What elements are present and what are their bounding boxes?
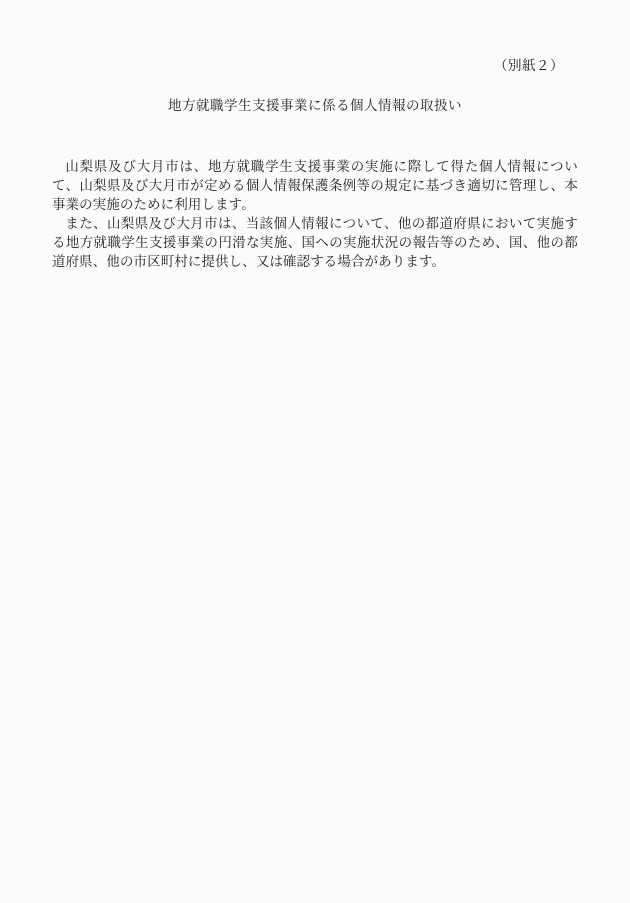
- paragraph-2: また、山梨県及び大月市は、当該個人情報について、他の都道府県において実施する地方…: [52, 214, 578, 271]
- attachment-label: （別紙２）: [52, 58, 578, 74]
- document-title: 地方就職学生支援事業に係る個人情報の取扱い: [52, 98, 578, 114]
- document-body: 山梨県及び大月市は、地方就職学生支援事業の実施に際して得た個人情報について、山梨…: [52, 157, 578, 271]
- document-page: （別紙２） 地方就職学生支援事業に係る個人情報の取扱い 山梨県及び大月市は、地方…: [0, 0, 630, 903]
- paragraph-1: 山梨県及び大月市は、地方就職学生支援事業の実施に際して得た個人情報について、山梨…: [52, 157, 578, 214]
